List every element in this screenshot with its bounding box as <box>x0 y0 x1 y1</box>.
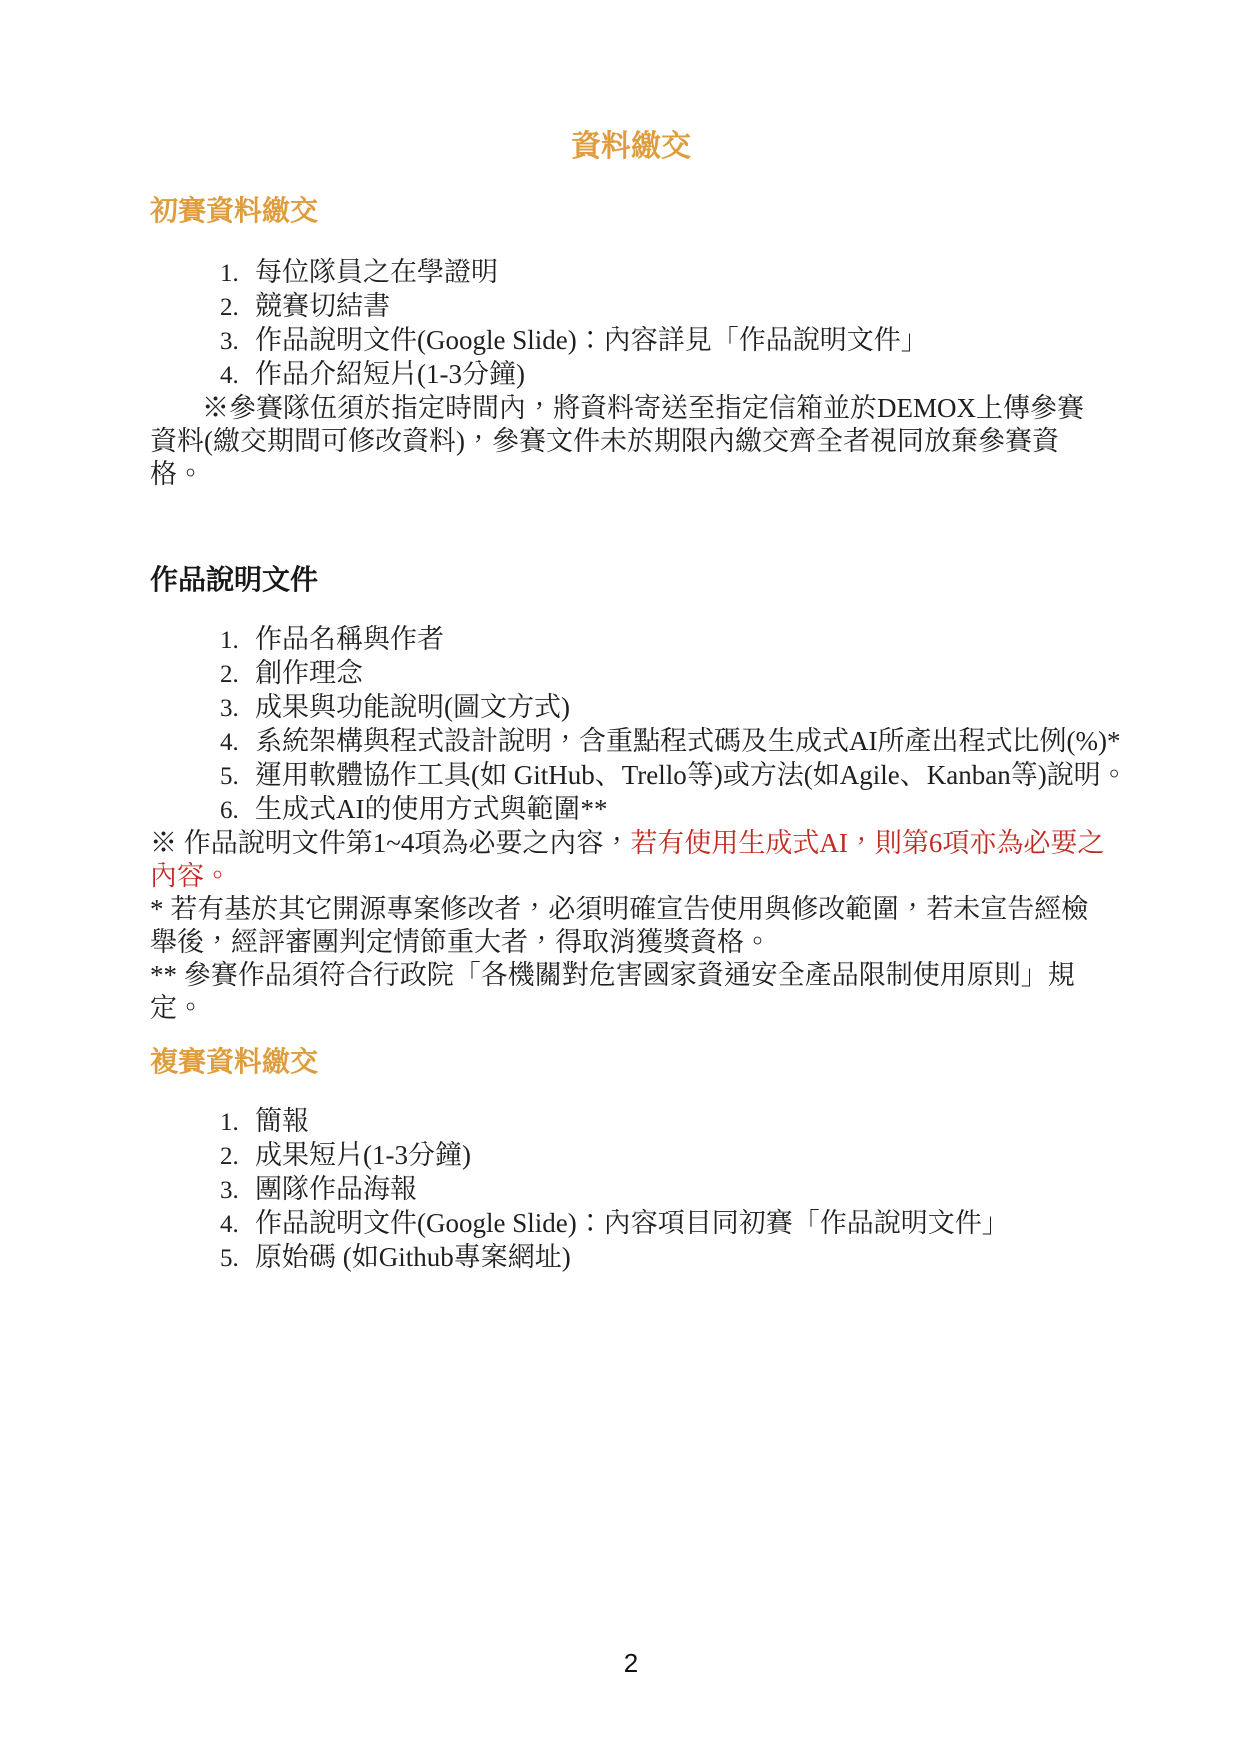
list-item-text: 作品名稱與作者 <box>255 623 444 656</box>
list-item-number: 6. <box>220 794 255 827</box>
list-item-number: 4. <box>220 726 255 759</box>
list-item-text: 創作理念 <box>255 657 363 690</box>
list-item-text: 系統架構與程式設計說明，含重點程式碼及生成式AI所產出程式比例(%)* <box>255 725 1120 758</box>
page-title: 資料繳交 <box>150 0 1112 166</box>
section-heading-preliminary-submission: 初賽資料繳交 <box>150 196 1112 226</box>
list-item-number: 5. <box>220 1242 255 1275</box>
document-content: 資料繳交 初賽資料繳交 1. 每位隊員之在學證明 2. 競賽切結書 3. 作品說… <box>150 0 1112 1756</box>
list-item-text: 作品說明文件(Google Slide)：內容項目同初賽「作品說明文件」 <box>255 1207 1009 1240</box>
page-number: 2 <box>150 1648 1112 1679</box>
list-item-number: 4. <box>220 1208 255 1241</box>
list-item-text: 運用軟體協作工具(如 GitHub、Trello等)或方法(如Agile、Kan… <box>255 759 1128 792</box>
footnote-open-source-disclosure: * 若有基於其它開源專案修改者，必須明確宣告使用與修改範圍，若未宣告經檢舉後，經… <box>150 893 1112 959</box>
list-item: 1. 簡報 <box>150 1105 1112 1139</box>
list-item: 2. 競賽切結書 <box>150 290 1112 324</box>
list-item-text: 生成式AI的使用方式與範圍** <box>255 793 608 826</box>
description-document-note: ※ 作品說明文件第1~4項為必要之內容，若有使用生成式AI，則第6項亦為必要之內… <box>150 827 1112 893</box>
list-item: 5. 原始碼 (如Github專案網址) <box>150 1241 1112 1275</box>
list-item: 2. 成果短片(1-3分鐘) <box>150 1139 1112 1173</box>
list-item-text: 簡報 <box>255 1105 309 1138</box>
list-item-number: 2. <box>220 1140 255 1173</box>
section-heading-final-submission: 複賽資料繳交 <box>150 1047 1112 1077</box>
list-item-text: 作品介紹短片(1-3分鐘) <box>255 358 525 391</box>
list-item-number: 3. <box>220 325 255 358</box>
list-item-number: 1. <box>220 1106 255 1139</box>
list-item-number: 5. <box>220 760 255 793</box>
list-item: 3. 作品說明文件(Google Slide)：內容詳見「作品說明文件」 <box>150 324 1112 358</box>
list-item-number: 4. <box>220 359 255 392</box>
document-page: 資料繳交 初賽資料繳交 1. 每位隊員之在學證明 2. 競賽切結書 3. 作品說… <box>0 0 1242 1756</box>
list-item-number: 1. <box>220 257 255 290</box>
list-item-text: 作品說明文件(Google Slide)：內容詳見「作品說明文件」 <box>255 324 928 357</box>
list-item: 1. 每位隊員之在學證明 <box>150 256 1112 290</box>
note-required-items: ※ 作品說明文件第1~4項為必要之內容， <box>150 828 630 858</box>
list-item-text: 每位隊員之在學證明 <box>255 256 498 289</box>
description-document-list: 1. 作品名稱與作者 2. 創作理念 3. 成果與功能說明(圖文方式) 4. 系… <box>150 623 1112 827</box>
list-item-text: 原始碼 (如Github專案網址) <box>255 1241 571 1274</box>
list-item: 2. 創作理念 <box>150 657 1112 691</box>
list-item: 4. 系統架構與程式設計說明，含重點程式碼及生成式AI所產出程式比例(%)* <box>150 725 1112 759</box>
preliminary-submission-list: 1. 每位隊員之在學證明 2. 競賽切結書 3. 作品說明文件(Google S… <box>150 256 1112 392</box>
list-item: 1. 作品名稱與作者 <box>150 623 1112 657</box>
preliminary-submission-note: ※參賽隊伍須於指定時間內，將資料寄送至指定信箱並於DEMOX上傳參賽資料(繳交期… <box>150 392 1097 491</box>
list-item: 4. 作品介紹短片(1-3分鐘) <box>150 358 1112 392</box>
list-item: 4. 作品說明文件(Google Slide)：內容項目同初賽「作品說明文件」 <box>150 1207 1112 1241</box>
list-item-number: 1. <box>220 624 255 657</box>
list-item-number: 3. <box>220 692 255 725</box>
list-item-number: 2. <box>220 658 255 691</box>
list-item: 3. 成果與功能說明(圖文方式) <box>150 691 1112 725</box>
list-item: 5. 運用軟體協作工具(如 GitHub、Trello等)或方法(如Agile、… <box>150 759 1112 793</box>
list-item-number: 3. <box>220 1174 255 1207</box>
list-item-text: 成果與功能說明(圖文方式) <box>255 691 570 724</box>
list-item-text: 競賽切結書 <box>255 290 390 323</box>
list-item: 6. 生成式AI的使用方式與範圍** <box>150 793 1112 827</box>
list-item: 3. 團隊作品海報 <box>150 1173 1112 1207</box>
list-item-text: 成果短片(1-3分鐘) <box>255 1139 471 1172</box>
footnote-security-regulation: ** 參賽作品須符合行政院「各機關對危害國家資通安全產品限制使用原則」規定。 <box>150 959 1112 1025</box>
list-item-text: 團隊作品海報 <box>255 1173 417 1206</box>
section-heading-description-document: 作品說明文件 <box>150 565 1112 595</box>
final-submission-list: 1. 簡報 2. 成果短片(1-3分鐘) 3. 團隊作品海報 4. 作品說明文件… <box>150 1105 1112 1275</box>
list-item-number: 2. <box>220 291 255 324</box>
